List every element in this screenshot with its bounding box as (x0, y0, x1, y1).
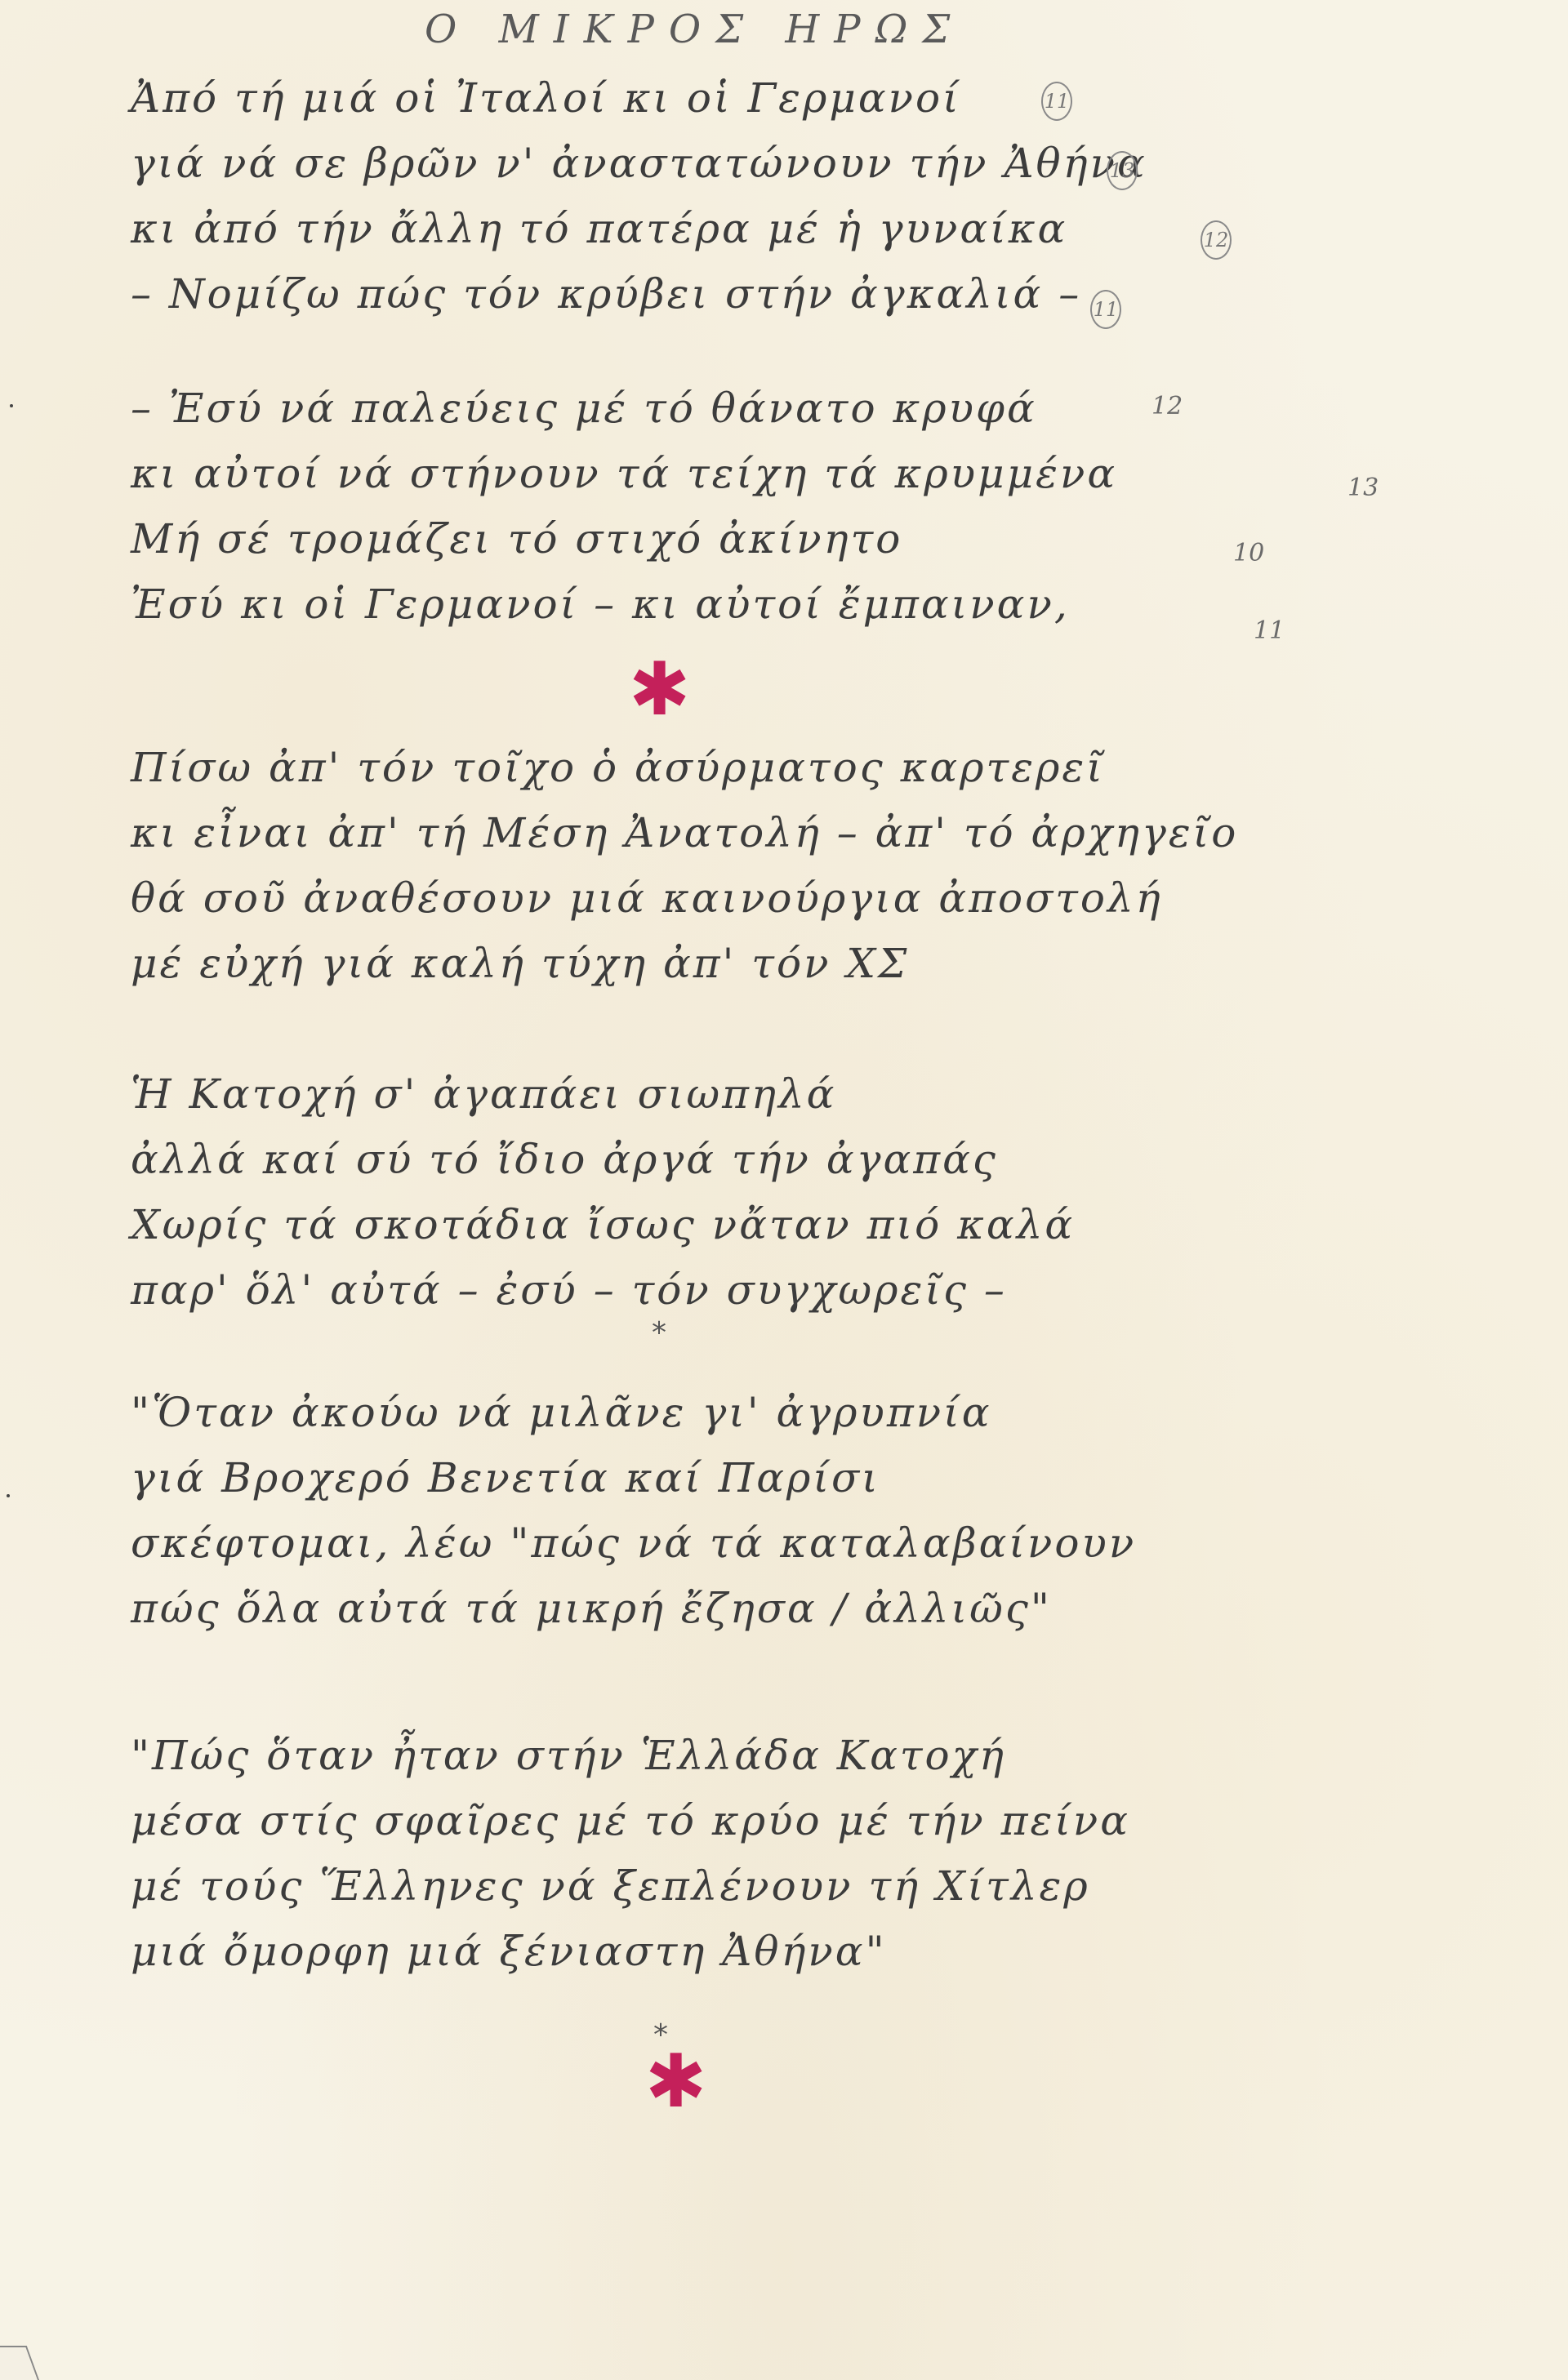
syllable-count: 13 (1347, 474, 1379, 502)
verse-line: Μή σέ τρομάζει τό στιχό ἀκίνητο (131, 506, 1117, 572)
paper-corner-fold (0, 2346, 39, 2380)
verse-line: – Ἐσύ νά παλεύεις μέ τό θάνατο κρυφά (131, 376, 1117, 441)
verse-line: "Πώς ὅταν ἦταν στήν Ἑλλάδα Κατοχή (131, 1723, 1130, 1788)
manuscript-page: Ο ΜΙΚΡΟΣ ΗΡΩΣ Ἀπό τή μιά οἱ Ἰταλοί κι οἱ… (0, 0, 1568, 2380)
pencil-asterisk-separator: * (652, 1319, 666, 1348)
verse-line: – Νομίζω πώς τόν κρύβει στήν ἀγκαλιά – (131, 261, 1147, 327)
verse-line: κι ἀπό τήν ἄλλη τό πατέρα μέ ἡ γυναίκα (131, 196, 1147, 261)
syllable-count-circled: 12 (1200, 220, 1232, 260)
syllable-count-circled: 11 (1090, 290, 1121, 329)
syllable-count: 12 (1151, 392, 1183, 420)
verse-line: μέ τούς Ἕλληνες νά ξεπλένουν τή Χίτλερ (131, 1853, 1130, 1919)
verse-line: "Ὅταν ἀκούω νά μιλᾶνε γι' ἀγρυπνία (131, 1380, 1136, 1445)
syllable-count-circled: 11 (1041, 82, 1072, 121)
verse-line: γιά Βροχερό Βενετία καί Παρίσι (131, 1445, 1136, 1510)
stanza-4: Ἡ Κατοχή σ' ἀγαπάει σιωπηλά ἀλλά καί σύ … (131, 1061, 1075, 1323)
verse-line: μέ εὐχή γιά καλή τύχη ἀπ' τόν ΧΣ (131, 931, 1238, 996)
stanza-6: "Πώς ὅταν ἦταν στήν Ἑλλάδα Κατοχή μέσα σ… (131, 1723, 1130, 1984)
red-asterisk-separator: ✱ (629, 653, 690, 727)
stanza-5: "Ὅταν ἀκούω νά μιλᾶνε γι' ἀγρυπνία γιά Β… (131, 1380, 1136, 1641)
paper-speck (10, 404, 13, 407)
stanza-2: – Ἐσύ νά παλεύεις μέ τό θάνατο κρυφά κι … (131, 376, 1117, 637)
paper-speck (7, 1494, 10, 1497)
syllable-count: 11 (1254, 616, 1285, 645)
verse-line: γιά νά σε βρῶν ν' ἀναστατώνουν τήν Ἀθήνα (131, 131, 1147, 196)
verse-line: πώς ὅλα αὐτά τά μικρή ἔζησα / ἀλλιῶς" (131, 1576, 1136, 1641)
stanza-1: Ἀπό τή μιά οἱ Ἰταλοί κι οἱ Γερμανοί γιά … (131, 65, 1147, 327)
verse-line: παρ' ὅλ' αὐτά – ἐσύ – τόν συγχωρεῖς – (131, 1257, 1075, 1323)
verse-line: Ἡ Κατοχή σ' ἀγαπάει σιωπηλά (131, 1061, 1075, 1127)
syllable-count: 10 (1233, 539, 1264, 567)
verse-line: σκέφτομαι, λέω "πώς νά τά καταλαβαίνουν (131, 1510, 1136, 1576)
verse-line: Χωρίς τά σκοτάδια ἴσως νἄταν πιό καλά (131, 1192, 1075, 1257)
verse-line: κι αὐτοί νά στήνουν τά τείχη τά κρυμμένα (131, 441, 1117, 506)
verse-line: Πίσω ἀπ' τόν τοῖχο ὁ ἀσύρματος καρτερεῖ (131, 735, 1238, 800)
verse-line: μέσα στίς σφαῖρες μέ τό κρύο μέ τήν πείν… (131, 1788, 1130, 1853)
syllable-count-circled: 13 (1107, 151, 1138, 190)
page-title: Ο ΜΙΚΡΟΣ ΗΡΩΣ (425, 7, 964, 52)
red-asterisk-separator: ✱ (645, 2045, 706, 2119)
verse-line: Ἀπό τή μιά οἱ Ἰταλοί κι οἱ Γερμανοί (131, 65, 1147, 131)
verse-line: θά σοῦ ἀναθέσουν μιά καινούργια ἀποστολή (131, 865, 1238, 931)
verse-line: μιά ὄμορφη μιά ξένιαστη Ἀθήνα" (131, 1919, 1130, 1984)
verse-line: κι εἶναι ἀπ' τή Μέση Ἀνατολή – ἀπ' τό ἀρ… (131, 800, 1238, 865)
verse-line: ἀλλά καί σύ τό ἴδιο ἀργά τήν ἀγαπάς (131, 1127, 1075, 1192)
verse-line: Ἐσύ κι οἱ Γερμανοί – κι αὐτοί ἔμπαιναν, (131, 572, 1117, 637)
stanza-3: Πίσω ἀπ' τόν τοῖχο ὁ ἀσύρματος καρτερεῖ … (131, 735, 1238, 996)
